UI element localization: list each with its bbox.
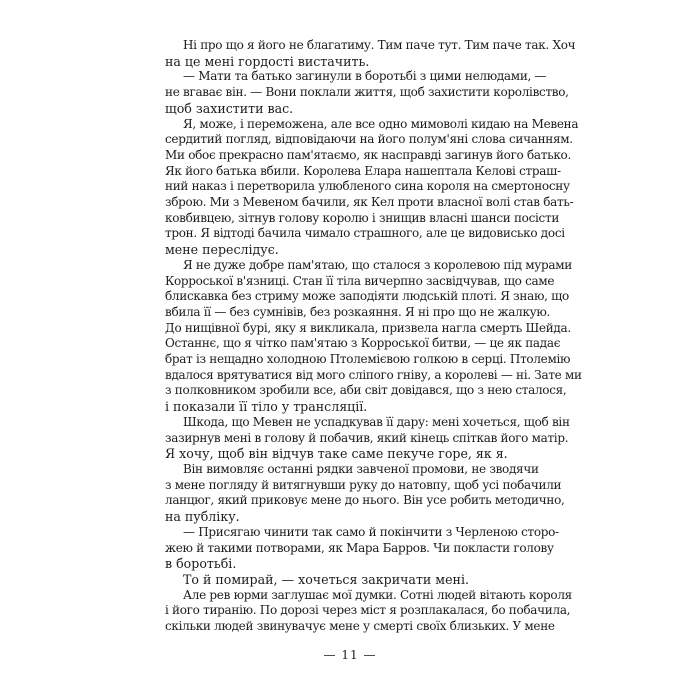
text-line: — Мати та батько загинули в боротьбі з ц… [165, 69, 521, 85]
page-number: — 11 — [0, 648, 700, 662]
text-line: ковбивцею, зітнув голову королю і знищив… [165, 211, 521, 227]
text-line: з полковником зробили все, аби світ дові… [165, 383, 521, 399]
text-line: Але рев юрми заглушає мої думки. Сотні л… [165, 588, 521, 604]
text-line: зазирнув мені в голову й побачив, який к… [165, 431, 521, 447]
text-line: жею й такими потворами, як Мара Барров. … [165, 541, 521, 557]
text-line: Шкода, що Мевен не успадкував її дару: м… [165, 415, 521, 431]
text-line: блискавка без стриму може заподіяти людс… [165, 289, 521, 305]
text-line: зброю. Ми з Мевеном бачили, як Кел проти… [165, 195, 521, 211]
text-line: щоб захистити вас. [165, 101, 521, 117]
text-line: і його тиранію. По дорозі через міст я р… [165, 603, 521, 619]
text-line: Останнє, що я чітко пам'ятаю з Корросько… [165, 336, 521, 352]
book-page: Ні про що я його не благатиму. Тим паче … [0, 0, 700, 700]
text-line: вбила її — без сумнівів, без розкаяння. … [165, 305, 521, 321]
text-line: мене переслідує. [165, 242, 521, 258]
text-line: не вгаває він. — Вони поклали життя, щоб… [165, 85, 521, 101]
text-line: з мене погляду й витягнувши руку до нато… [165, 478, 521, 494]
text-line: Ні про що я його не благатиму. Тим паче … [165, 38, 521, 54]
text-line: Корроської в'язниці. Стан її тіла вичерп… [165, 274, 521, 290]
text-line: на публіку. [165, 509, 521, 525]
text-line: ланцюг, який приковує мене до нього. Він… [165, 493, 521, 509]
body-text: Ні про що я його не благатиму. Тим паче … [165, 38, 521, 635]
text-line: Він вимовляє останні рядки завченої пром… [165, 462, 521, 478]
text-line: вдалося врятуватися від мого сліпого гні… [165, 368, 521, 384]
text-line: Я не дуже добре пам'ятаю, що сталося з к… [165, 258, 521, 274]
text-line: в боротьбі. [165, 556, 521, 572]
text-line: ний наказ і перетворила улюбленого сина … [165, 179, 521, 195]
text-line: брат із нещадно холодною Птолемієвою гол… [165, 352, 521, 368]
text-line: скільки людей звинувачує мене у смерті с… [165, 619, 521, 635]
text-line: Як його батька вбили. Королева Елара наш… [165, 164, 521, 180]
text-line: на це мені гордості вистачить. [165, 54, 521, 70]
text-line: До нищівної бурі, яку я викликала, призв… [165, 321, 521, 337]
text-line: Ми обоє прекрасно пам'ятаємо, як насправ… [165, 148, 521, 164]
text-line: Я хочу, щоб він відчув таке саме пекуче … [165, 446, 521, 462]
text-line: і показали її тіло у трансляції. [165, 399, 521, 415]
text-line: трон. Я відтоді бачила чимало страшного,… [165, 226, 521, 242]
text-line: Я, може, і переможена, але все одно мимо… [165, 117, 521, 133]
text-line: сердитий погляд, відповідаючи на його по… [165, 132, 521, 148]
text-line: — Присягаю чинити так само й покінчити з… [165, 525, 521, 541]
text-line: То й помирай, — хочеться закричати мені. [165, 572, 521, 588]
